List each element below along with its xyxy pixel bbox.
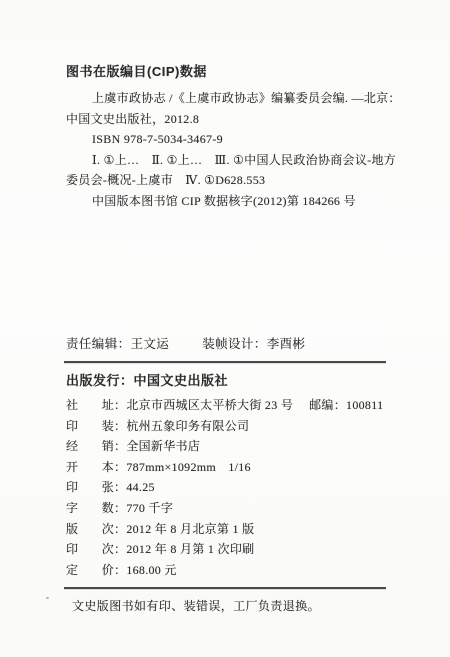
label-colon: ： <box>114 542 126 556</box>
row-label: 社址 <box>66 395 114 416</box>
colophon-row-printing: 印装：杭州五象印务有限公司 <box>66 416 396 437</box>
label-char: 次 <box>102 519 114 540</box>
row-value: 2012 年 8 月第 1 次印刷 <box>126 542 254 556</box>
row-label: 版次 <box>66 519 114 540</box>
label-colon: ： <box>114 501 126 515</box>
cip-isbn: ISBN 978-7-5034-3467-9 <box>66 129 396 150</box>
return-policy-note: 文史版图书如有印、装错误，工厂负责退换。 <box>72 596 320 616</box>
colophon-row-format: 开本：787mm×1092mm 1/16 <box>66 457 396 478</box>
publisher-line: 出版发行：中国文史出版社 <box>66 371 396 391</box>
label-char: 张 <box>102 477 114 498</box>
copyright-page: 图书在版编目(CIP)数据 上虞市政协志 /《上虞市政协志》编纂委员会编. —北… <box>0 0 450 657</box>
label-char: 印 <box>66 416 78 437</box>
label-char: 本 <box>102 457 114 478</box>
cip-publisher-line: 中国文史出版社，2012.8 <box>66 109 396 130</box>
cip-record-number: 中国版本图书馆 CIP 数据核字(2012)第 184266 号 <box>66 191 396 212</box>
row-value: 全国新华书店 <box>126 439 200 453</box>
row-value: 2012 年 8 月北京第 1 版 <box>126 522 254 536</box>
row-value: 杭州五象印务有限公司 <box>126 419 249 433</box>
cip-title-statement: 上虞市政协志 /《上虞市政协志》编纂委员会编. —北京： <box>66 88 396 109</box>
label-colon: ： <box>114 398 126 412</box>
label-char: 装 <box>102 416 114 437</box>
row-label: 经销 <box>66 436 114 457</box>
colophon-row-distribution: 经销：全国新华书店 <box>66 436 396 457</box>
label-colon: ： <box>114 439 126 453</box>
label-char: 经 <box>66 436 78 457</box>
label-colon: ： <box>114 419 126 433</box>
colophon-row-address: 社址：北京市西城区太平桥大街 23 号邮编：100811 <box>66 395 396 416</box>
bottom-rule <box>64 587 386 589</box>
colophon-row-impression: 印次：2012 年 8 月第 1 次印刷 <box>66 539 396 560</box>
label-char: 价 <box>102 560 114 581</box>
label-colon: ： <box>114 460 126 474</box>
row-label: 印张 <box>66 477 114 498</box>
row-value: 787mm×1092mm 1/16 <box>126 460 251 474</box>
row-label: 开本 <box>66 457 114 478</box>
row-label: 印次 <box>66 539 114 560</box>
cip-heading: 图书在版编目(CIP)数据 <box>66 62 396 82</box>
row-value: 北京市西城区太平桥大街 23 号 <box>126 398 293 412</box>
responsible-editor: 责任编辑：王文运 <box>66 334 169 354</box>
row-label: 印装 <box>66 416 114 437</box>
colophon-row-wordcount: 字数：770 千字 <box>66 498 396 519</box>
colophon-row-edition: 版次：2012 年 8 月北京第 1 版 <box>66 519 396 540</box>
label-colon: ： <box>114 480 126 494</box>
label-char: 印 <box>66 539 78 560</box>
label-char: 定 <box>66 560 78 581</box>
row-value: 770 千字 <box>126 501 173 515</box>
label-colon: ： <box>114 563 126 577</box>
binding-designer: 装帧设计：李酉彬 <box>202 334 305 354</box>
label-char: 版 <box>66 519 78 540</box>
row-value: 44.25 <box>126 480 155 494</box>
colophon-block: 出版发行：中国文史出版社 社址：北京市西城区太平桥大街 23 号邮编：10081… <box>66 371 396 580</box>
postal-code: 邮编：100811 <box>309 398 383 412</box>
label-char: 社 <box>66 395 78 416</box>
label-char: 数 <box>102 498 114 519</box>
colophon-row-price: 定价：168.00 元 <box>66 560 396 581</box>
row-label: 字数 <box>66 498 114 519</box>
label-char: 销 <box>102 436 114 457</box>
label-char: 印 <box>66 477 78 498</box>
colophon-row-sheets: 印张：44.25 <box>66 477 396 498</box>
cip-classification: 委员会-概况-上虞市 Ⅳ. ①D628.553 <box>66 170 396 191</box>
row-value: 168.00 元 <box>126 563 176 577</box>
label-char: 次 <box>102 539 114 560</box>
top-rule <box>64 361 386 363</box>
row-label: 定价 <box>66 560 114 581</box>
label-char: 址 <box>102 395 114 416</box>
cip-subject-headings: Ⅰ. ①上… Ⅱ. ①上… Ⅲ. ①中国人民政治协商会议-地方 <box>66 150 396 171</box>
label-colon: ： <box>114 522 126 536</box>
label-char: 开 <box>66 457 78 478</box>
scan-artifact <box>46 597 49 599</box>
label-char: 字 <box>66 498 78 519</box>
credits-row: 责任编辑：王文运 装帧设计：李酉彬 <box>66 334 305 354</box>
cip-data-block: 图书在版编目(CIP)数据 上虞市政协志 /《上虞市政协志》编纂委员会编. —北… <box>66 62 396 212</box>
